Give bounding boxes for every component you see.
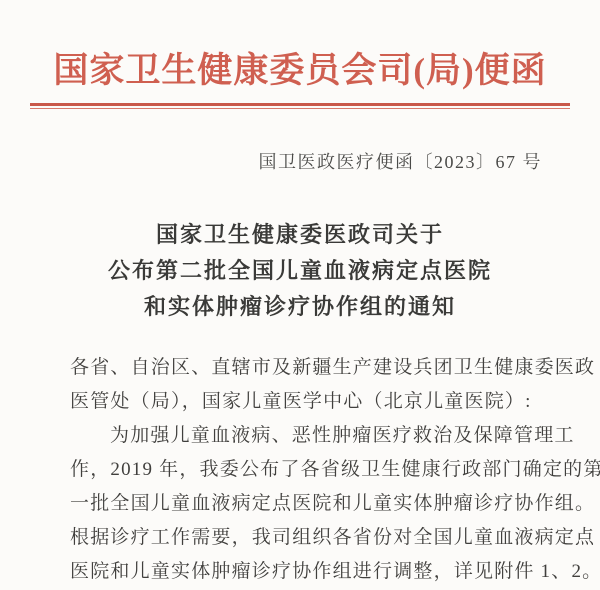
notice-title-line: 国家卫生健康委医政司关于 bbox=[0, 217, 600, 253]
divider-thick-line bbox=[30, 103, 570, 106]
notice-title-line: 和实体肿瘤诊疗协作组的通知 bbox=[0, 289, 600, 325]
letterhead-title: 国家卫生健康委员会司(局)便函 bbox=[0, 46, 600, 96]
body-line: 医院和儿童实体肿瘤诊疗协作组进行调整，详见附件 1、2。 bbox=[70, 555, 542, 589]
notice-title: 国家卫生健康委医政司关于 公布第二批全国儿童血液病定点医院 和实体肿瘤诊疗协作组… bbox=[0, 217, 600, 325]
body-line: 各省、自治区、直辖市及新疆生产建设兵团卫生健康委医政 bbox=[70, 351, 542, 385]
document-number: 国卫医政医疗便函〔2023〕67 号 bbox=[0, 149, 600, 175]
letterhead-divider bbox=[30, 103, 570, 109]
body-line: 为加强儿童血液病、恶性肿瘤医疗救治及保障管理工 bbox=[70, 419, 542, 453]
document-page: 国家卫生健康委员会司(局)便函 国卫医政医疗便函〔2023〕67 号 国家卫生健… bbox=[0, 0, 600, 590]
notice-title-line: 公布第二批全国儿童血液病定点医院 bbox=[0, 253, 600, 289]
divider-thin-line bbox=[30, 108, 570, 109]
body-line: 医管处（局），国家儿童医学中心（北京儿童医院）: bbox=[70, 385, 542, 419]
body-line: 作，2019 年，我委公布了各省级卫生健康行政部门确定的第 bbox=[70, 453, 542, 487]
body-line: 一批全国儿童血液病定点医院和儿童实体肿瘤诊疗协作组。 bbox=[70, 487, 542, 521]
body-line: 根据诊疗工作需要，我司组织各省份对全国儿童血液病定点 bbox=[70, 521, 542, 555]
body-text: 各省、自治区、直辖市及新疆生产建设兵团卫生健康委医政 医管处（局），国家儿童医学… bbox=[0, 351, 600, 589]
